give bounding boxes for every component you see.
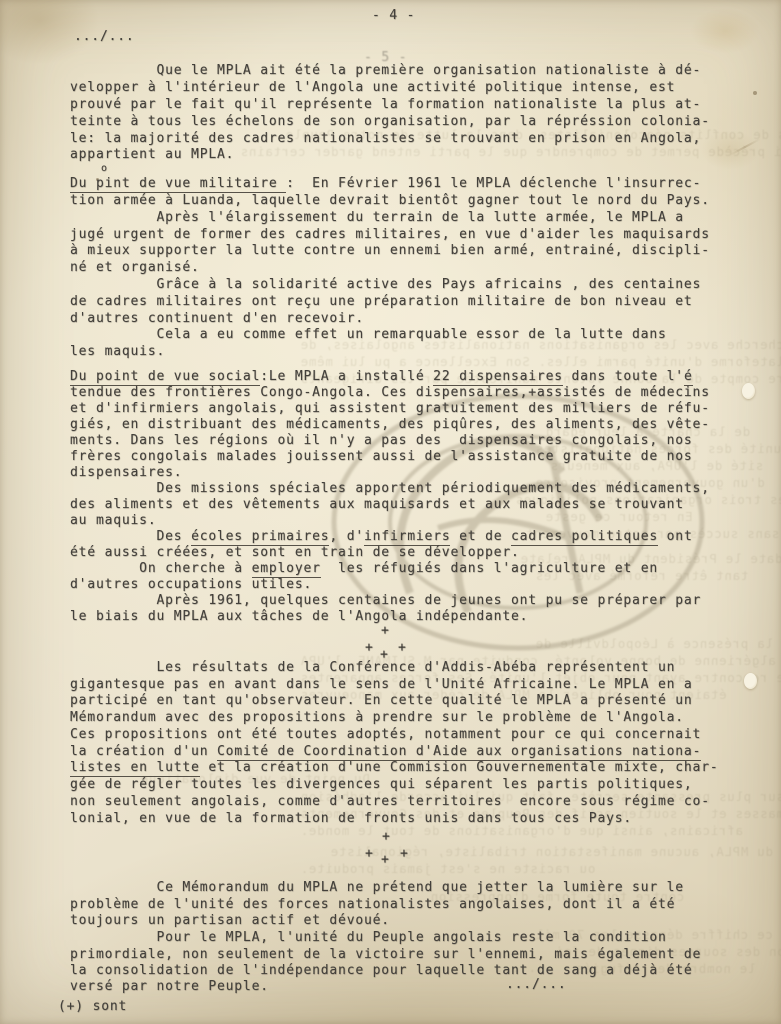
doc-line: gigantesque pas en avant dans le sens de… — [70, 677, 693, 693]
doc-line: primordiale, non seulement de la victoir… — [70, 947, 701, 963]
doc-line: jugé urgent de former des cadres militai… — [70, 227, 710, 243]
doc-line: dispensaires. — [70, 465, 182, 481]
doc-line: problème de l'unité des forces nationali… — [70, 897, 675, 913]
plus-separator-mark: + — [400, 846, 408, 861]
continuation-mark-top: .../... — [74, 29, 135, 44]
doc-line: teinte à tous les échelons de son organi… — [70, 114, 710, 130]
doc-line: Cela a eu comme effet un remarquable ess… — [70, 327, 667, 343]
doc-line: ments. Dans les régions où il n'y a pas … — [70, 433, 693, 449]
ink-speck — [753, 91, 757, 95]
doc-line: prouvé par le fait qu'il représente la f… — [70, 97, 701, 113]
footnote: (+) sont — [58, 999, 127, 1014]
doc-line: Des missions spéciales apportent périodi… — [70, 481, 710, 497]
doc-line: Les résultats de la Conférence d'Addis-A… — [70, 660, 675, 676]
doc-line: d'autres continuent d'en recevoir. — [70, 311, 364, 327]
doc-line: listes en lutte et la création d'une Com… — [70, 760, 719, 776]
plus-separator-mark: + — [380, 647, 388, 662]
doc-line: Que le MPLA ait été la première organisa… — [70, 63, 701, 79]
scanned-page: les germes de conflits néocolonialistes … — [0, 0, 781, 1024]
doc-line: Ce Mémorandum du MPLA ne prétend que jet… — [70, 880, 684, 896]
doc-line: Après 1961, quelques centaines de jeunes… — [70, 593, 701, 609]
doc-line: frères congolais malades jouissent aussi… — [70, 449, 693, 465]
bleedthrough-line: Au sein du MPLA, aucune manifestation tr… — [330, 845, 781, 859]
doc-line: versé par notre Peuple. — [70, 979, 269, 995]
doc-line: des aliments et des vêtements aux maquis… — [70, 497, 684, 513]
doc-line: non seulement angolais, comme d'autres t… — [70, 794, 710, 810]
plus-separator-mark: + — [381, 623, 389, 638]
doc-line: toujours un partisan actif et dévoué. — [70, 913, 390, 929]
doc-line: appartient au MPLA. — [70, 147, 234, 163]
doc-line: velopper à l'intérieur de l'Angola une a… — [70, 80, 675, 96]
doc-line: les maquis. — [70, 344, 165, 360]
paper-hole — [742, 383, 755, 399]
doc-line: tion armée à Luanda, laquelle devrait bi… — [70, 193, 710, 209]
plus-separator-mark: + — [365, 640, 373, 655]
doc-line: giés, en distribuant des médicaments, de… — [70, 417, 710, 433]
doc-line: le biais du MPLA aux tâches de l'Angola … — [70, 609, 528, 625]
typo-correction-o: o — [101, 163, 108, 174]
bleedthrough-line: trouver une plateforme d'unité parmi ell… — [300, 355, 781, 369]
bleedthrough-line: ou raciste ne s'est jamais produite. — [300, 862, 595, 876]
doc-line: et d'infirmiers angolais, qui assistent … — [70, 401, 710, 417]
doc-line: d'autres occupations utiles. — [70, 577, 312, 593]
bleedthrough-line: Ce qui précède permet de comprendre que … — [240, 145, 781, 159]
continuation-mark-bottom: .../... — [506, 977, 567, 992]
doc-line: Des écoles primaires, d'infirmiers et de… — [70, 529, 693, 545]
doc-line: tendue des frontières Congo-Angola. Ces … — [70, 385, 710, 401]
bleedthrough-line: 8) le 25 Janvier 1963,au cours de la pré… — [535, 637, 781, 651]
doc-line: gée de régler toutes les divergences qui… — [70, 777, 693, 793]
doc-line: Ces propositions ont été toutes adoptés,… — [70, 727, 701, 743]
plus-separator-mark: + — [381, 852, 389, 867]
doc-line: Après l'élargissement du terrain de la l… — [70, 210, 684, 226]
doc-line: au maquis. — [70, 513, 156, 529]
paper-stain — [690, 8, 760, 54]
doc-line: participé en tant qu'observateur. En cet… — [70, 693, 693, 709]
doc-line: Du pint de vue militaire : En Février 19… — [70, 176, 701, 192]
doc-line: On cherche à employer les réfugiés dans … — [70, 561, 658, 577]
paper-hole — [744, 673, 757, 689]
doc-line: la consolidation de l'indépendance pour … — [70, 963, 693, 979]
plus-separator-mark: + — [382, 829, 390, 844]
doc-line: Pour le MPLA, l'unité du Peuple angolais… — [70, 930, 667, 946]
plus-separator-mark: + — [398, 640, 406, 655]
plus-separator-mark: + — [365, 846, 373, 861]
doc-line: de cadres militaires ont reçu une prépar… — [70, 294, 693, 310]
doc-line: Du point de vue social:Le MPLA a install… — [70, 369, 693, 385]
doc-line: lonial, en vue de la formation de fronts… — [70, 811, 632, 827]
doc-line: été aussi créées, et sont en train de se… — [70, 545, 520, 561]
page-number: - 4 - — [372, 8, 415, 23]
doc-line: né et organisé. — [70, 260, 200, 276]
doc-line: Grâce à la solidarité active des Pays af… — [70, 277, 701, 293]
doc-line: le: la majorité des cadres nationalistes… — [70, 131, 701, 147]
doc-line: à mieux supporter la lutte contre un enn… — [70, 243, 710, 259]
doc-line: Mémorandum avec des propositions à prend… — [70, 710, 684, 726]
doc-line: la création d'un Comité de Coordination … — [70, 744, 701, 760]
